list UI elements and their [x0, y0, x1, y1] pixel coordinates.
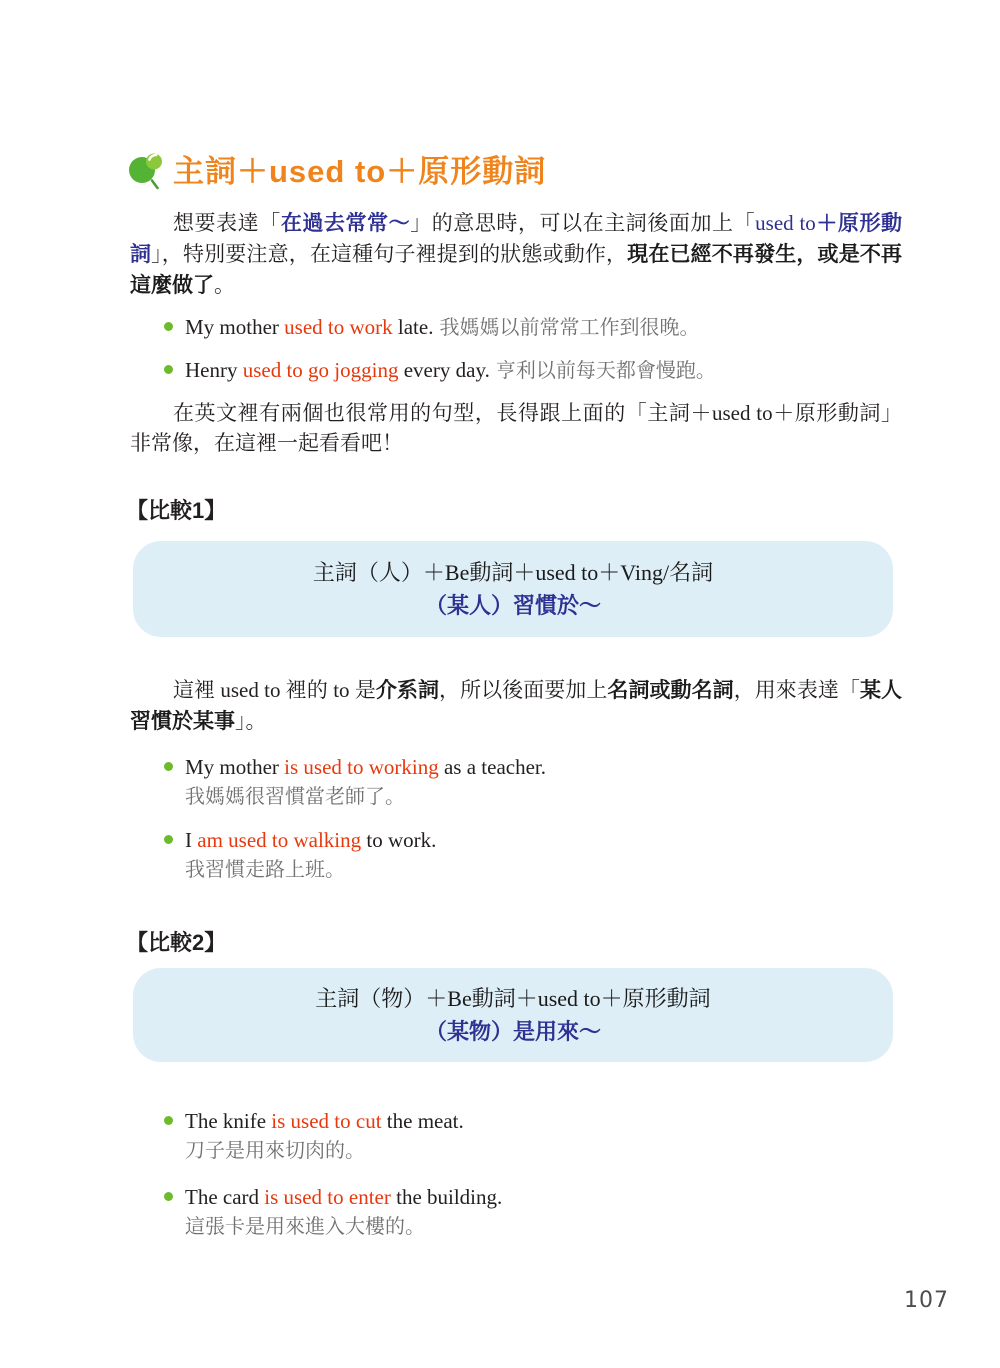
example-english: The card — [185, 1185, 264, 1209]
example-translation: 我媽媽很習慣當老師了。 — [185, 782, 905, 812]
example-item: Henry used to go jogging every day.亨利以前每… — [163, 355, 905, 386]
compare2-formula-box: 主詞（物）＋Be動詞＋used to＋原形動詞 （某物）是用來～ — [133, 968, 893, 1062]
text-run: 。 — [214, 273, 235, 297]
example-red-phrase: am used to walking — [197, 828, 361, 852]
text-run: ，所以後面要加上 — [439, 678, 607, 702]
example-english-line: I am used to walking to work. — [185, 825, 905, 855]
example-english: the building. — [391, 1185, 502, 1209]
emphasis-navy: 在過去常常～ — [281, 212, 410, 235]
compare2-label: 【比較2】 — [126, 930, 226, 956]
compare2-meaning-text: （某物）是用來～ — [425, 1015, 601, 1048]
example-item: My mother is used to working as a teache… — [163, 752, 905, 812]
example-english-line: The knife is used to cut the meat. — [185, 1106, 905, 1136]
section-header: 主詞＋used to＋原形動詞 — [128, 151, 546, 193]
bullet-dot-icon — [164, 762, 173, 771]
intro-paragraph: 想要表達「在過去常常～」的意思時，可以在主詞後面加上「used to＋原形動詞」… — [130, 208, 902, 301]
compare2-formula-text: 主詞（物）＋Be動詞＋used to＋原形動詞 — [315, 982, 710, 1015]
example-red-phrase: is used to working — [284, 755, 439, 779]
example-english: The knife — [185, 1109, 271, 1133]
example-translation: 這張卡是用來進入大樓的。 — [185, 1212, 905, 1242]
emphasis-black: 介系詞 — [376, 679, 439, 702]
compare1-formula-box: 主詞（人）＋Be動詞＋used to＋Ving/名詞 （某人）習慣於～ — [133, 541, 893, 637]
text-run: 想要表達「 — [173, 211, 281, 235]
example-red-phrase: is used to enter — [264, 1185, 391, 1209]
bullet-dot-icon — [164, 835, 173, 844]
example-list-be-used-to-verb: The knife is used to cut the meat. 刀子是用來… — [163, 1106, 905, 1258]
twin-circles-icon — [128, 151, 164, 193]
bridge-paragraph: 在英文裡有兩個也很常用的句型，長得跟上面的「主詞＋used to＋原形動詞」非常… — [130, 398, 902, 458]
text-run: ，用來表達「 — [734, 678, 860, 702]
example-english: My mother — [185, 755, 284, 779]
example-translation: 亨利以前每天都會慢跑。 — [496, 360, 716, 382]
example-english-line: The card is used to enter the building. — [185, 1182, 905, 1212]
example-translation: 刀子是用來切肉的。 — [185, 1136, 905, 1166]
example-english: late. — [393, 315, 434, 339]
example-english: I — [185, 828, 197, 852]
example-english: My mother — [185, 315, 284, 339]
example-item: My mother used to work late.我媽媽以前常常工作到很晚… — [163, 312, 905, 343]
page: 主詞＋used to＋原形動詞 想要表達「在過去常常～」的意思時，可以在主詞後面… — [0, 0, 1000, 1368]
example-english: Henry — [185, 358, 243, 382]
emphasis-black: 名詞或動名詞 — [607, 679, 733, 702]
example-red-phrase: used to work — [284, 315, 393, 339]
example-red-phrase: is used to cut — [271, 1109, 381, 1133]
example-item: I am used to walking to work. 我習慣走路上班。 — [163, 825, 905, 885]
text-run: 」。 — [235, 709, 267, 733]
compare1-label: 【比較1】 — [126, 498, 226, 524]
bullet-dot-icon — [164, 1116, 173, 1125]
example-english-line: My mother is used to working as a teache… — [185, 752, 905, 782]
compare1-meaning-text: （某人）習慣於～ — [425, 589, 601, 622]
example-english: every day. — [398, 358, 489, 382]
bullet-dot-icon — [164, 1192, 173, 1201]
explain-paragraph: 這裡 used to 裡的 to 是介系詞，所以後面要加上名詞或動名詞，用來表達… — [130, 675, 902, 737]
emphasis-navy-latin: used to — [755, 211, 816, 235]
example-list-used-to: My mother used to work late.我媽媽以前常常工作到很晚… — [163, 312, 905, 398]
page-title: 主詞＋used to＋原形動詞 — [173, 151, 546, 193]
bullet-dot-icon — [164, 322, 173, 331]
text-run: 」，特別要注意，在這種句子裡提到的狀態或動作， — [151, 242, 627, 266]
example-english: to work. — [361, 828, 436, 852]
compare1-formula-text: 主詞（人）＋Be動詞＋used to＋Ving/名詞 — [313, 556, 713, 589]
example-english: the meat. — [382, 1109, 464, 1133]
example-item: The knife is used to cut the meat. 刀子是用來… — [163, 1106, 905, 1166]
text-run: 」的意思時，可以在主詞後面加上「 — [410, 211, 755, 235]
example-list-be-used-to-ving: My mother is used to working as a teache… — [163, 752, 905, 898]
example-english: as a teacher. — [439, 755, 546, 779]
example-translation: 我習慣走路上班。 — [185, 855, 905, 885]
page-number: 107 — [903, 1288, 949, 1313]
example-translation: 我媽媽以前常常工作到很晚。 — [439, 317, 699, 339]
example-red-phrase: used to go jogging — [243, 358, 399, 382]
example-item: The card is used to enter the building. … — [163, 1182, 905, 1242]
text-run: 這裡 used to 裡的 to 是 — [173, 678, 376, 702]
bullet-dot-icon — [164, 365, 173, 374]
